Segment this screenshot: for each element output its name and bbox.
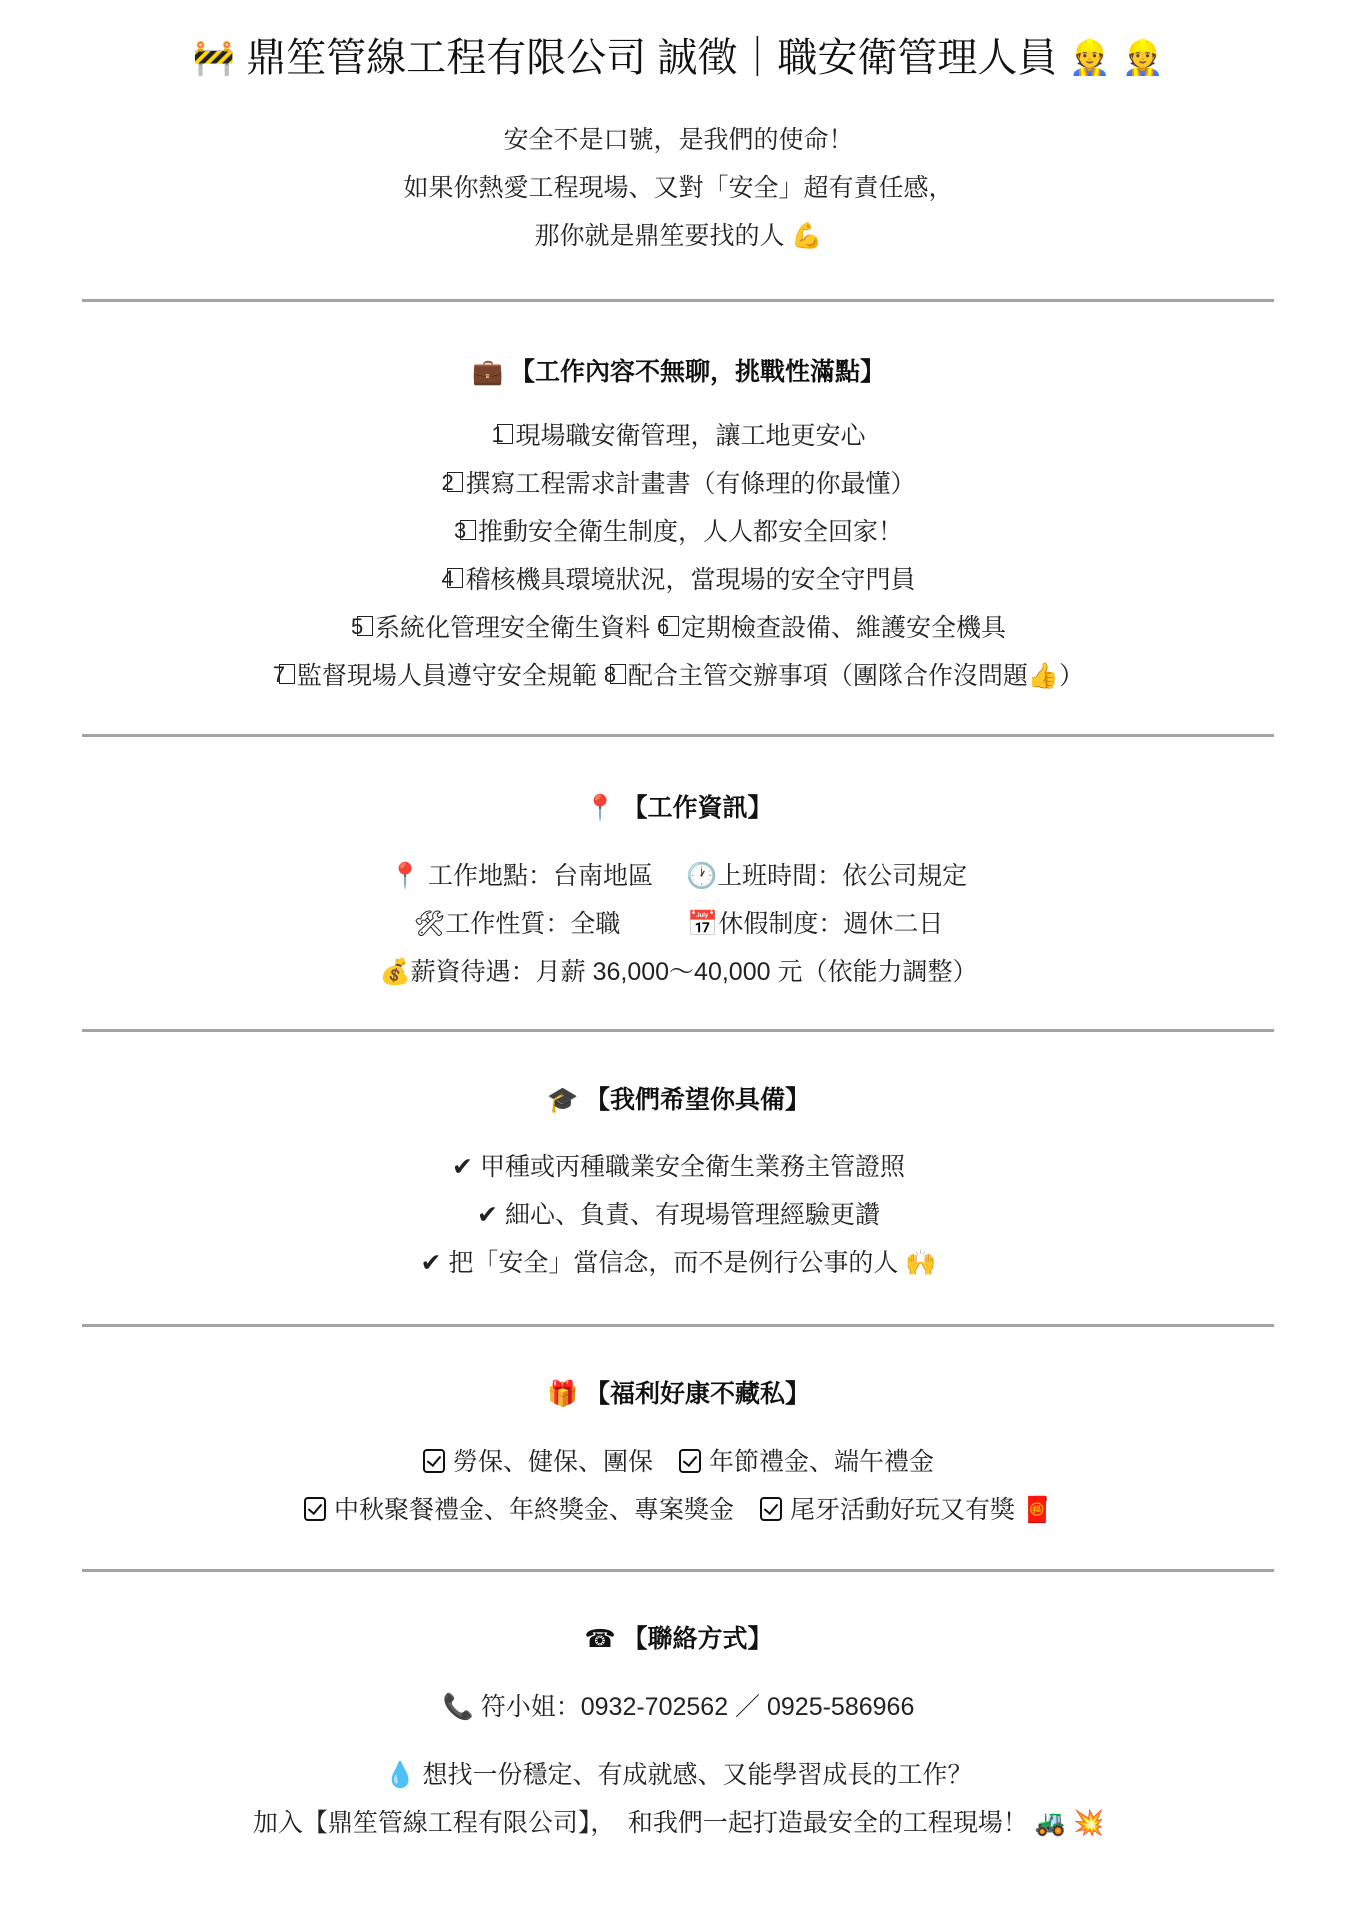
phone-receiver-icon: 📞 xyxy=(443,1683,474,1731)
keycap-8-icon: 8 xyxy=(604,664,626,686)
work-hours: 上班時間：依公司規定 xyxy=(717,862,967,890)
duty-text: 系統化管理安全衛生資料 xyxy=(375,614,650,642)
tools-icon: 🛠 xyxy=(414,900,446,948)
salary-label: 薪資待遇：月薪 xyxy=(411,958,593,986)
salary-range: 36,000～40,000 xyxy=(593,958,771,986)
section-heading-contact: ☎ 【聯絡方式】 xyxy=(0,1619,1357,1659)
section-heading-job-info: 📍 【工作資訊】 xyxy=(0,788,1357,828)
requirement-item: ✔ 細心、負責、有現場管理經驗更讚 xyxy=(0,1191,1357,1239)
duty-item: 2撰寫工程需求計畫書（有條理的你最懂） xyxy=(0,460,1357,508)
clock-icon: 🕐 xyxy=(686,852,717,900)
closing-line-2: 加入【鼎笙管線工程有限公司】， 和我們一起打造最安全的工程現場！ 🚜 💥 xyxy=(0,1799,1357,1847)
divider xyxy=(82,299,1274,302)
duty-text: 定期檢查設備、維護安全機具 xyxy=(681,614,1006,642)
graduation-cap-icon: 🎓 xyxy=(547,1080,578,1120)
duty-text: 推動安全衛生制度，人人都安全回家！ xyxy=(478,518,903,546)
keycap-7-icon: 7 xyxy=(273,664,295,686)
intro-line-2: 如果你熱愛工程現場、又對「安全」超有責任感， xyxy=(0,164,1357,212)
keycap-6-icon: 6 xyxy=(657,616,679,638)
divider xyxy=(82,734,1274,737)
intro-line-3-text: 那你就是鼎笙要找的人 xyxy=(534,222,784,250)
checkbox-icon xyxy=(423,1449,445,1473)
requirement-text: 把「安全」當信念，而不是例行公事的人 xyxy=(448,1249,898,1277)
closing-line-1: 💧 想找一份穩定、有成就感、又能學習成長的工作？ xyxy=(0,1751,1357,1799)
checkbox-icon xyxy=(304,1497,326,1521)
work-location: 工作地點：台南地區 xyxy=(428,862,653,890)
keycap-3-icon: 3 xyxy=(454,520,476,542)
job-info-row-3: 💰薪資待遇：月薪 36,000～40,000 元（依能力調整） xyxy=(0,948,1357,996)
job-info-row-1: 📍 工作地點：台南地區 🕐上班時間：依公司規定 xyxy=(0,852,1357,900)
benefits-row-2: 中秋聚餐禮金、年終獎金、專案獎金尾牙活動好玩又有獎 🧧 xyxy=(0,1486,1357,1534)
gift-icon: 🎁 xyxy=(547,1374,578,1414)
flexed-biceps-icon: 💪 xyxy=(791,212,822,260)
construction-worker-man-icon: 👷 xyxy=(1068,26,1110,90)
section-heading-benefits: 🎁 【福利好康不藏私】 xyxy=(0,1374,1357,1414)
location-pin-icon: 📍 xyxy=(390,852,421,900)
thumbs-up-icon: 👍 xyxy=(1028,652,1059,700)
keycap-4-icon: 4 xyxy=(441,568,463,590)
requirement-text: 甲種或丙種職業安全衛生業務主管證照 xyxy=(480,1153,905,1181)
heading-text: 【我們希望你具備】 xyxy=(585,1086,810,1114)
salary-suffix: 元（依能力調整） xyxy=(771,958,978,986)
calendar-icon: 📅 xyxy=(687,900,718,948)
checkbox-icon xyxy=(760,1497,782,1521)
duty-item: 3推動安全衛生制度，人人都安全回家！ xyxy=(0,508,1357,556)
check-mark-icon: ✔ xyxy=(477,1201,498,1229)
closing-text-2: 加入【鼎笙管線工程有限公司】， 和我們一起打造最安全的工程現場！ xyxy=(253,1809,1028,1837)
divider xyxy=(82,1324,1274,1327)
construction-barrier-icon: 🚧 xyxy=(193,26,235,90)
duty-text: 稽核機具環境狀況，當現場的安全守門員 xyxy=(465,566,915,594)
benefit-text: 年節禮金、端午禮金 xyxy=(709,1448,934,1476)
red-envelope-icon: 🧧 xyxy=(1022,1486,1053,1534)
check-mark-icon: ✔ xyxy=(452,1153,473,1181)
collision-icon: 💥 xyxy=(1073,1799,1104,1847)
contact-name: 符小姐： xyxy=(481,1693,581,1721)
leave-policy: 休假制度：週休二日 xyxy=(718,910,943,938)
duty-item-row: 5系統化管理安全衛生資料 6定期檢查設備、維護安全機具 xyxy=(0,604,1357,652)
money-bag-icon: 💰 xyxy=(380,948,411,996)
duty-text: 監督現場人員遵守安全規範 xyxy=(297,662,597,690)
intro-line-3: 那你就是鼎笙要找的人 💪 xyxy=(0,212,1357,260)
checkbox-icon xyxy=(679,1449,701,1473)
requirement-item: ✔ 甲種或丙種職業安全衛生業務主管證照 xyxy=(0,1143,1357,1191)
benefit-text: 尾牙活動好玩又有獎 xyxy=(790,1496,1015,1524)
keycap-1-icon: 1 xyxy=(491,424,513,446)
check-mark-icon: ✔ xyxy=(420,1249,441,1277)
duty-item: 4稽核機具環境狀況，當現場的安全守門員 xyxy=(0,556,1357,604)
benefits-row-1: 勞保、健保、團保年節禮金、端午禮金 xyxy=(0,1438,1357,1486)
contact-phones[interactable]: 0932-702562 ／ 0925-586966 xyxy=(581,1693,915,1721)
raising-hands-icon: 🙌 xyxy=(905,1239,936,1287)
duty-text: 撰寫工程需求計畫書（有條理的你最懂） xyxy=(465,470,915,498)
round-pushpin-icon: 📍 xyxy=(584,788,615,828)
heading-text: 【工作內容不無聊，挑戰性滿點】 xyxy=(510,358,885,386)
benefit-text: 勞保、健保、團保 xyxy=(453,1448,653,1476)
telephone-icon: ☎ xyxy=(584,1619,615,1659)
closing-text-1: 想找一份穩定、有成就感、又能學習成長的工作？ xyxy=(423,1761,973,1789)
duty-item: 1現場職安衛管理，讓工地更安心 xyxy=(0,412,1357,460)
contact-phone-line: 📞 符小姐：0932-702562 ／ 0925-586966 xyxy=(0,1683,1357,1731)
keycap-5-icon: 5 xyxy=(351,616,373,638)
benefit-text: 中秋聚餐禮金、年終獎金、專案獎金 xyxy=(334,1496,734,1524)
duty-text: 現場職安衛管理，讓工地更安心 xyxy=(515,422,865,450)
close-paren: ） xyxy=(1059,662,1084,690)
page-title: 🚧 鼎笙管線工程有限公司 誠徵｜職安衛管理人員 👷 👷 xyxy=(0,26,1357,90)
requirement-text: 細心、負責、有現場管理經驗更讚 xyxy=(505,1201,880,1229)
keycap-2-icon: 2 xyxy=(441,472,463,494)
heading-text: 【聯絡方式】 xyxy=(623,1625,773,1653)
briefcase-icon: 💼 xyxy=(472,352,503,392)
intro-line-1: 安全不是口號，是我們的使命！ xyxy=(0,116,1357,164)
tractor-icon: 🚜 xyxy=(1035,1799,1066,1847)
job-info-row-2: 🛠工作性質：全職 📅休假制度：週休二日 xyxy=(0,900,1357,948)
droplet-icon: 💧 xyxy=(384,1751,415,1799)
heading-text: 【福利好康不藏私】 xyxy=(585,1380,810,1408)
divider xyxy=(82,1029,1274,1032)
section-heading-requirements: 🎓 【我們希望你具備】 xyxy=(0,1080,1357,1120)
requirement-item: ✔ 把「安全」當信念，而不是例行公事的人 🙌 xyxy=(0,1239,1357,1287)
title-text: 鼎笙管線工程有限公司 誠徵｜職安衛管理人員 xyxy=(246,36,1057,80)
divider xyxy=(82,1569,1274,1572)
job-type: 工作性質：全職 xyxy=(445,910,620,938)
heading-text: 【工作資訊】 xyxy=(623,794,773,822)
duty-item-row: 7監督現場人員遵守安全規範 8配合主管交辦事項（團隊合作沒問題👍） xyxy=(0,652,1357,700)
construction-worker-woman-icon: 👷 xyxy=(1122,26,1164,90)
section-heading-duties: 💼 【工作內容不無聊，挑戰性滿點】 xyxy=(0,352,1357,392)
duty-text: 配合主管交辦事項（團隊合作沒問題 xyxy=(628,662,1028,690)
